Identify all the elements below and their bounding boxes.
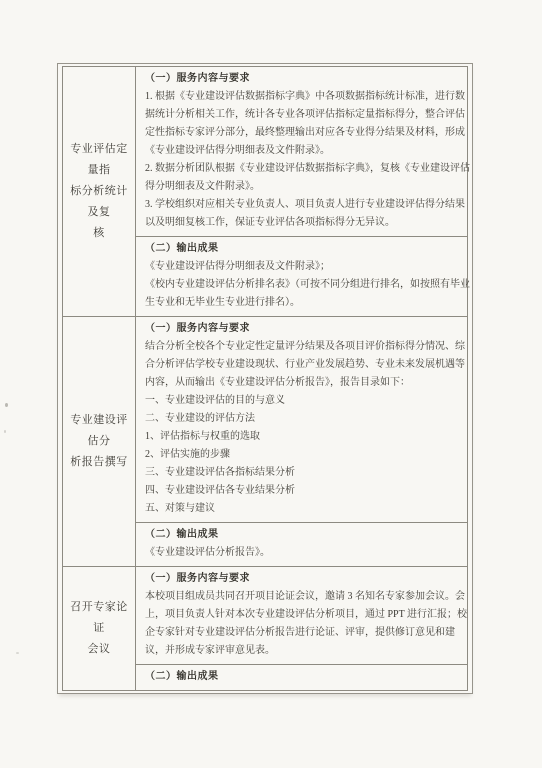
output-item: 《专业建设评估分析报告》。: [136, 544, 473, 562]
service-content-block: （一）服务内容与要求 本校项目组成员共同召开项目论证会议，邀请 3 名知名专家参…: [136, 567, 467, 664]
row-header-cell: 召开专家论证 会议: [63, 567, 136, 690]
row-header-text: 专业建设评估分 析报告撰写: [65, 410, 133, 473]
service-table: 专业评估定量指 标分析统计及复 核 （一）服务内容与要求 1. 根据《专业建设评…: [62, 66, 468, 691]
row-header-text: 召开专家论证 会议: [65, 597, 133, 660]
table-row-analysis-report: 专业建设评估分 析报告撰写 （一）服务内容与要求 结合分析全校各个专业定性定量评…: [63, 316, 467, 566]
output-item: 《校内专业建设评估分析排名表》（可按不同分组进行排名，如按照有毕业生专业和无毕业…: [136, 276, 473, 312]
service-content-block: （一）服务内容与要求 1. 根据《专业建设评估数据指标字典》中各项数据指标统计标…: [136, 67, 467, 236]
report-toc-item: 2、评估实施的步骤: [136, 446, 473, 464]
report-toc-item: 四、专业建设评估各专业结果分析: [136, 482, 473, 500]
scan-speck: [16, 652, 19, 654]
service-item: 1. 根据《专业建设评估数据指标字典》中各项数据指标统计标准，进行数据统计分析相…: [136, 88, 473, 160]
report-toc-item: 1、评估指标与权重的选取: [136, 428, 473, 446]
service-item: 本校项目组成员共同召开项目论证会议，邀请 3 名知名专家参加会议。会上，项目负责…: [136, 588, 473, 660]
service-content-header: （一）服务内容与要求: [136, 320, 473, 338]
output-block: （二）输出成果: [136, 664, 467, 690]
output-block: （二）输出成果 《专业建设评估分析报告》。: [136, 522, 467, 566]
output-header: （二）输出成果: [136, 526, 473, 544]
output-header: （二）输出成果: [136, 240, 473, 258]
service-content-header: （一）服务内容与要求: [136, 570, 473, 588]
row-content-cell: （一）服务内容与要求 结合分析全校各个专业定性定量评分结果及各项目评价指标得分情…: [136, 317, 467, 566]
row-content-cell: （一）服务内容与要求 1. 根据《专业建设评估数据指标字典》中各项数据指标统计标…: [136, 67, 467, 316]
scan-speck: [4, 430, 6, 433]
service-content-header: （一）服务内容与要求: [136, 70, 473, 88]
output-block: （二）输出成果 《专业建设评估得分明细表及文件附录》； 《校内专业建设评估分析排…: [136, 236, 467, 316]
row-header-text: 专业评估定量指 标分析统计及复 核: [65, 139, 133, 244]
service-item: 2. 数据分析团队根据《专业建设评估数据指标字典》，复核《专业建设评估得分明细表…: [136, 160, 473, 196]
scan-speck: [5, 403, 8, 407]
table-row-quantitative-analysis: 专业评估定量指 标分析统计及复 核 （一）服务内容与要求 1. 根据《专业建设评…: [63, 67, 467, 316]
table-row-expert-meeting: 召开专家论证 会议 （一）服务内容与要求 本校项目组成员共同召开项目论证会议，邀…: [63, 566, 467, 690]
report-toc-item: 二、专业建设的评估方法: [136, 410, 473, 428]
service-item: 3. 学校组织对应相关专业负责人、项目负责人进行专业建设评估得分结果以及明细复核…: [136, 196, 473, 232]
service-item: 结合分析全校各个专业定性定量评分结果及各项目评价指标得分情况、综合分析评估学校专…: [136, 338, 473, 392]
report-toc-item: 五、对策与建议: [136, 500, 473, 518]
row-header-cell: 专业评估定量指 标分析统计及复 核: [63, 67, 136, 316]
output-header: （二）输出成果: [136, 668, 473, 686]
report-toc-item: 一、专业建设评估的目的与意义: [136, 392, 473, 410]
service-table-frame: 专业评估定量指 标分析统计及复 核 （一）服务内容与要求 1. 根据《专业建设评…: [57, 63, 473, 694]
row-content-cell: （一）服务内容与要求 本校项目组成员共同召开项目论证会议，邀请 3 名知名专家参…: [136, 567, 467, 690]
row-header-cell: 专业建设评估分 析报告撰写: [63, 317, 136, 566]
service-content-block: （一）服务内容与要求 结合分析全校各个专业定性定量评分结果及各项目评价指标得分情…: [136, 317, 467, 522]
output-item: 《专业建设评估得分明细表及文件附录》；: [136, 258, 473, 276]
report-toc-item: 三、专业建设评估各指标结果分析: [136, 464, 473, 482]
scanned-document-page: 专业评估定量指 标分析统计及复 核 （一）服务内容与要求 1. 根据《专业建设评…: [0, 0, 542, 768]
